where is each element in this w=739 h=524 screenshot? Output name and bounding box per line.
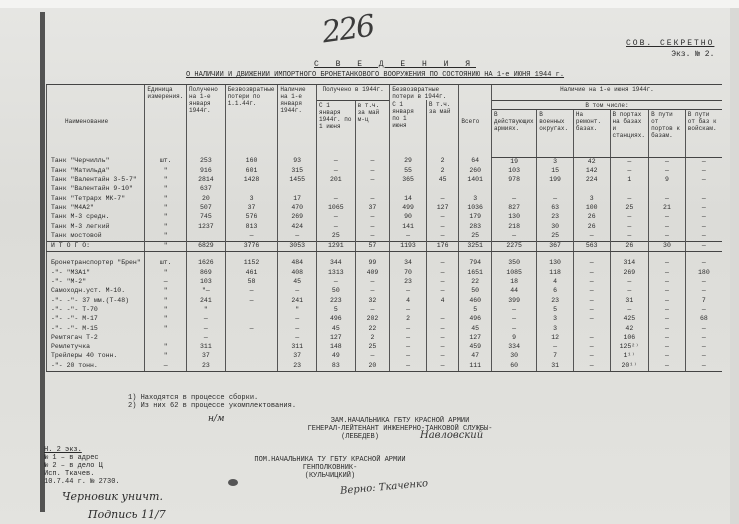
cell-c10: 63 (537, 204, 574, 213)
header-recv-may: в т.ч. за май м-ц (355, 100, 390, 157)
cell-c5: — (355, 306, 390, 315)
table-row: Бронетранспортер "Брен"шт.16261152484344… (47, 259, 723, 268)
cell-c9: 19 (491, 157, 536, 167)
cell-c11: — (573, 362, 610, 372)
table-row: Ремлетучка"31131114825——459334——125²⁾—— (47, 343, 723, 352)
row-name: Танк М-3 легкий (47, 223, 145, 232)
cell-c10: 118 (537, 269, 574, 278)
spacer-cell (459, 252, 492, 260)
cell-c1: "— (187, 287, 226, 296)
cell-c5: — (355, 278, 390, 287)
cell-c10: 3 (537, 315, 574, 324)
cell-c11: 224 (573, 176, 610, 185)
cell-c10: 6 (537, 287, 574, 296)
table-row: Танк "Тетрарх МК-7""20317——14—3——3——— (47, 195, 723, 204)
deputy-title-2: ГЕНЕРАЛ-ЛЕЙТЕНАНТ ИНЖЕНЕРНО-ТАНКОВОЙ СЛУ… (250, 425, 550, 433)
cell-c7: — (426, 223, 459, 232)
header-in-reserve: В военных округах. (537, 109, 574, 157)
cell-c3: 470 (278, 204, 317, 213)
cell-c7: — (426, 232, 459, 242)
cell-c14: — (685, 325, 722, 334)
cell-c2: 461 (225, 269, 278, 278)
cell-c8: 1036 (459, 204, 492, 213)
cell-c4: 49 (317, 352, 356, 361)
table-row: -"- -"- М-15"———4522——45—342—— (47, 325, 723, 334)
row-unit: " (145, 242, 187, 252)
table-row: Танк мостовой"——25———25—25———— (47, 232, 723, 242)
cell-c2: 601 (225, 167, 278, 176)
cell-c7 (426, 306, 459, 315)
cell-c3: — (278, 287, 317, 296)
cell-c8: 3251 (459, 242, 492, 252)
cell-c7: 2 (426, 157, 459, 167)
classification-label: СОВ. СЕКРЕТНО (626, 38, 714, 49)
cell-c4: 1065 (317, 204, 356, 213)
cell-c5: 2 (355, 334, 390, 343)
cell-c11: 42 (573, 157, 610, 167)
cell-c14: — (685, 306, 722, 315)
cell-c7: — (426, 278, 459, 287)
cell-c8: 111 (459, 362, 492, 372)
cell-c4: 127 (317, 334, 356, 343)
cell-c2: — (225, 325, 278, 334)
row-spacer (47, 252, 723, 260)
cell-c10: 199 (537, 176, 574, 185)
cell-c13: — (649, 287, 686, 296)
cell-c3: — (278, 325, 317, 334)
row-name: Танк "Тетрарх МК-7" (47, 195, 145, 204)
cell-c14: — (685, 343, 722, 352)
cell-c2: 1428 (225, 176, 278, 185)
cell-c3: 17 (278, 195, 317, 204)
cell-c12: — (610, 195, 649, 204)
assistant-title-1: ПОМ.НАЧАЛЬНИКА ТУ ГБТУ КРАСНОЙ АРМИИ (230, 456, 430, 464)
cell-c5: 202 (355, 315, 390, 324)
spacer-cell (278, 252, 317, 260)
row-name: -"- -"- 37 мм.(Т-48) (47, 297, 145, 306)
distribution-block: Н. 2 экз. № 1 – в адрес № 2 – в дело Ц И… (44, 446, 120, 486)
cell-c4: 45 (317, 325, 356, 334)
cell-c12: 25 (610, 204, 649, 213)
cell-c3: 37 (278, 352, 317, 361)
cell-c10: 5 (537, 306, 574, 315)
cell-c3: 23 (278, 362, 317, 372)
row-unit: " (145, 213, 187, 222)
cell-c8: 127 (459, 334, 492, 343)
cell-c13: — (649, 297, 686, 306)
cell-c11: — (573, 315, 610, 324)
cell-c9: 1085 (491, 269, 536, 278)
row-unit: шт. (145, 157, 187, 167)
cell-c8: 5 (459, 306, 492, 315)
cell-c4: 5 (317, 306, 356, 315)
cell-c6: — (390, 306, 427, 315)
cell-c13: — (649, 306, 686, 315)
table-row: Ремтягач Т-2——1272——127912—106—— (47, 334, 723, 343)
row-unit: " (145, 204, 187, 213)
row-unit (145, 334, 187, 343)
table-row: -"- "М3А1""869461408131340970—1651108511… (47, 269, 723, 278)
table-row: Самоходн.уст. М-10.""———50———50446———— (47, 287, 723, 296)
spacer-cell (426, 252, 459, 260)
cell-c3: 241 (278, 297, 317, 306)
cell-c2 (225, 362, 278, 372)
cell-c7: — (426, 343, 459, 352)
header-recv-jan-jun: С 1 января 1944г. по 1 июня (317, 100, 356, 157)
spacer-cell (187, 252, 226, 260)
cell-c2: — (225, 232, 278, 242)
handwritten-note-draft: Черновик уничт. (62, 490, 163, 503)
table-row: Танк "Черчилль"шт.25316093——2926419342——… (47, 157, 723, 167)
cell-c12: 1¹⁾ (610, 352, 649, 361)
cell-c12: 31 (610, 297, 649, 306)
cell-c4: 223 (317, 297, 356, 306)
cell-c6: — (390, 287, 427, 296)
cell-c3: — (278, 232, 317, 242)
cell-c4: 148 (317, 343, 356, 352)
cell-c7: — (426, 315, 459, 324)
cell-c5: — (355, 213, 390, 222)
cell-c3: " (278, 306, 317, 315)
cell-c11: — (573, 306, 610, 315)
cell-c6: 23 (390, 278, 427, 287)
assistant-name: (КУЛЬЧИЦКИЙ) (230, 472, 430, 480)
cell-c1: — (187, 315, 226, 324)
cell-c12: — (610, 232, 649, 242)
cell-c10: — (537, 195, 574, 204)
cell-c2: — (225, 297, 278, 306)
cell-c11: — (573, 352, 610, 361)
row-name: Трейлеры 40 тонн. (47, 352, 145, 361)
cell-c5: 32 (355, 297, 390, 306)
table-row: Трейлеры 40 тонн."373749———47307—1¹⁾—— (47, 352, 723, 361)
cell-c9: 399 (491, 297, 536, 306)
cell-c7: — (426, 213, 459, 222)
cell-c11: — (573, 297, 610, 306)
table-row: -"- -"- М-17"——4962022—496—3—425—68 (47, 315, 723, 324)
cell-c7: — (426, 269, 459, 278)
cell-c4: — (317, 167, 356, 176)
cell-c8: 496 (459, 315, 492, 324)
cell-c14: — (685, 195, 722, 204)
cell-c10: 130 (537, 259, 574, 268)
cell-c2 (225, 306, 278, 315)
cell-c12: — (610, 167, 649, 176)
cell-c14: — (685, 176, 722, 185)
cell-c14: — (685, 232, 722, 242)
cell-c6: 499 (390, 204, 427, 213)
cell-c13: — (649, 352, 686, 361)
cell-c12: 125²⁾ (610, 343, 649, 352)
cell-c5: 409 (355, 269, 390, 278)
cell-c8: 1651 (459, 269, 492, 278)
cell-c14: — (685, 278, 722, 287)
cell-c9: 18 (491, 278, 536, 287)
cell-c13: — (649, 195, 686, 204)
cell-c3: 315 (278, 167, 317, 176)
cell-c13: 30 (649, 242, 686, 252)
cell-c8: 1401 (459, 176, 492, 185)
cell-c1: 507 (187, 204, 226, 213)
row-unit: " (145, 167, 187, 176)
deputy-title-1: ЗАМ.НАЧАЛЬНИКА ГБТУ КРАСНОЙ АРМИИ (250, 417, 550, 425)
cell-c2: 1152 (225, 259, 278, 268)
cell-c2: 58 (225, 278, 278, 287)
cell-c4: 50 (317, 287, 356, 296)
row-name: Ремтягач Т-2 (47, 334, 145, 343)
cell-c1: 1626 (187, 259, 226, 268)
cell-c14: 180 (685, 269, 722, 278)
row-name: Танк "М4А2" (47, 204, 145, 213)
spacer-cell (649, 252, 686, 260)
cell-c14: — (685, 242, 722, 252)
cell-c9: 334 (491, 343, 536, 352)
cell-c12: 106 (610, 334, 649, 343)
cell-c11: — (573, 343, 610, 352)
cell-c3: 269 (278, 213, 317, 222)
deputy-handwritten-signature: Навловский (420, 430, 483, 441)
cell-c4: 1291 (317, 242, 356, 252)
cell-c8: 50 (459, 287, 492, 296)
row-name: Танк "Матильда" (47, 167, 145, 176)
copies-count: Н. 2 экз. (44, 446, 120, 454)
cell-c11: — (573, 287, 610, 296)
spacer-cell (355, 252, 390, 260)
cell-c3: 311 (278, 343, 317, 352)
cell-c6: 29 (390, 157, 427, 167)
ink-blot (228, 479, 238, 486)
cell-c1: 37 (187, 352, 226, 361)
cell-c2: — (225, 287, 278, 296)
cell-c6: 1193 (390, 242, 427, 252)
row-name: Танк мостовой (47, 232, 145, 242)
cell-c8: 794 (459, 259, 492, 268)
cell-c13: — (649, 325, 686, 334)
cell-c11 (573, 185, 610, 194)
cell-c4: 25 (317, 232, 356, 242)
table-row: -"- -"- Т-70"""5——5—5———— (47, 306, 723, 315)
row-name: Бронетранспортер "Брен" (47, 259, 145, 268)
cell-c6: 90 (390, 213, 427, 222)
cell-c7 (426, 185, 459, 194)
row-unit: " (145, 343, 187, 352)
copy-number: Экз. № 2. (626, 49, 714, 60)
cell-c8: 3 (459, 195, 492, 204)
cell-c12: — (610, 278, 649, 287)
cell-c11: 563 (573, 242, 610, 252)
cell-c12: 269 (610, 269, 649, 278)
cell-c5: — (355, 176, 390, 185)
row-name: -"- -"- Т-70 (47, 306, 145, 315)
table-row: -"- -"- 37 мм.(Т-48)"241—241223324446039… (47, 297, 723, 306)
cell-c5: 37 (355, 204, 390, 213)
cell-c14: 7 (685, 297, 722, 306)
cell-c6: — (390, 352, 427, 361)
cell-c14: — (685, 157, 722, 167)
cell-c6: — (390, 343, 427, 352)
spacer-cell (47, 252, 145, 260)
cell-c13: — (649, 213, 686, 222)
cell-c4: — (317, 213, 356, 222)
cell-c4: 1313 (317, 269, 356, 278)
table-row: Танк "Матильда""916601315——5522601031514… (47, 167, 723, 176)
cell-c1: 311 (187, 343, 226, 352)
cell-c5: — (355, 287, 390, 296)
date-reference: 10.7.44 г. № 2730. (44, 478, 120, 486)
cell-c14: — (685, 213, 722, 222)
cell-c2 (225, 315, 278, 324)
cell-c10: 7 (537, 352, 574, 361)
cell-c6: 70 (390, 269, 427, 278)
row-unit: " (145, 352, 187, 361)
cell-c12: 26 (610, 242, 649, 252)
cell-c1: 20 (187, 195, 226, 204)
cell-c1: 637 (187, 185, 226, 194)
cell-c12: — (610, 287, 649, 296)
cell-c5: — (355, 223, 390, 232)
row-unit: " (145, 315, 187, 324)
row-unit: " (145, 223, 187, 232)
table-row: Танк "М4А2""5073747010653749912710368276… (47, 204, 723, 213)
cell-c8: 45 (459, 325, 492, 334)
cell-c11: 142 (573, 167, 610, 176)
cell-c9: — (491, 315, 536, 324)
cell-c12 (610, 185, 649, 194)
cell-c11: — (573, 232, 610, 242)
row-name: И Т О Г О: (47, 242, 145, 252)
cell-c4: — (317, 157, 356, 167)
cell-c4: 496 (317, 315, 356, 324)
cell-c6: — (390, 325, 427, 334)
cell-c14: 68 (685, 315, 722, 324)
cell-c7: 2 (426, 167, 459, 176)
cell-c1: " (187, 306, 226, 315)
handwritten-note-signature: Подпись 11/7 (88, 508, 166, 521)
cell-c3: 408 (278, 269, 317, 278)
spacer-cell (225, 252, 278, 260)
cell-c8: 179 (459, 213, 492, 222)
table-row: Танк "Валентайн 9-10""637 (47, 185, 723, 194)
cell-c9 (491, 185, 536, 194)
footnote-2: 2) Из них 62 в процессе укомплектования. (128, 402, 296, 410)
cell-c11: — (573, 334, 610, 343)
cell-c6 (390, 185, 427, 194)
cell-c7: 127 (426, 204, 459, 213)
row-unit: " (145, 269, 187, 278)
cell-c8: 22 (459, 278, 492, 287)
cell-c7: — (426, 195, 459, 204)
row-unit: " (145, 287, 187, 296)
header-loss-may: В т.ч. за май (426, 100, 459, 157)
cell-c11: — (573, 269, 610, 278)
cell-c13 (649, 185, 686, 194)
cell-c8: 460 (459, 297, 492, 306)
footnote-1: 1) Находятся в процессе сборки. (128, 394, 296, 402)
cell-c13: — (649, 157, 686, 167)
cell-c14: — (685, 287, 722, 296)
header-loss-jan-jun: С 1 января по 1 июня (390, 100, 427, 157)
cell-c11: 26 (573, 213, 610, 222)
cell-c13: — (649, 232, 686, 242)
cell-c3: 484 (278, 259, 317, 268)
cell-c11: 3 (573, 195, 610, 204)
row-unit: " (145, 325, 187, 334)
cell-c10: 3 (537, 157, 574, 167)
cell-c1: 241 (187, 297, 226, 306)
cell-c9: — (491, 195, 536, 204)
cell-c5 (355, 185, 390, 194)
header-unit: Единица измерения. (145, 85, 187, 158)
cell-c1: 745 (187, 213, 226, 222)
row-unit: " (145, 185, 187, 194)
cell-c3 (278, 185, 317, 194)
cell-c10 (537, 185, 574, 194)
cell-c8: 459 (459, 343, 492, 352)
header-in-army: В действующих армиях. (491, 109, 536, 157)
cell-c8: 283 (459, 223, 492, 232)
cell-c9: 9 (491, 334, 536, 343)
cell-c9: — (491, 232, 536, 242)
cell-c9: — (491, 306, 536, 315)
row-unit: " (145, 232, 187, 242)
initials-mark: н/м (208, 414, 224, 424)
header-in-repair: На ремонт. базах. (573, 109, 610, 157)
cell-c1: 103 (187, 278, 226, 287)
scan-top-edge (0, 0, 739, 8)
cell-c14 (685, 185, 722, 194)
cell-c11: — (573, 259, 610, 268)
cell-c11: 26 (573, 223, 610, 232)
cell-c3: 93 (278, 157, 317, 167)
cell-c3: 3053 (278, 242, 317, 252)
cell-c10: 12 (537, 334, 574, 343)
row-name: Танк "Валентайн 3-5-7" (47, 176, 145, 185)
cell-c2: 160 (225, 157, 278, 167)
row-name: -"- 20 тонн. (47, 362, 145, 372)
cell-c13: — (649, 259, 686, 268)
cell-c7: — (426, 259, 459, 268)
header-received-to-jan: Получено на 1-е января 1944г. (187, 85, 226, 158)
row-name: Танк "Валентайн 9-10" (47, 185, 145, 194)
cell-c7: — (426, 325, 459, 334)
header-written-off: Безвозвратные потери по 1.1.44г. (225, 85, 278, 158)
cell-c9: 60 (491, 362, 536, 372)
cell-c3: 1455 (278, 176, 317, 185)
cell-c12: 20¹⁾ (610, 362, 649, 372)
cell-c5: 25 (355, 343, 390, 352)
cell-c10: 15 (537, 167, 574, 176)
cell-c10: 31 (537, 362, 574, 372)
cell-c6: — (390, 232, 427, 242)
row-unit: " (145, 195, 187, 204)
row-name: Самоходн.уст. М-10. (47, 287, 145, 296)
other-vehicles-section: Бронетранспортер "Брен"шт.16261152484344… (47, 252, 723, 372)
cell-c14: — (685, 334, 722, 343)
cell-c4: — (317, 223, 356, 232)
cell-c6: 365 (390, 176, 427, 185)
document-title: С В Е Д Е Н И Я (150, 60, 600, 70)
cell-c14: — (685, 352, 722, 361)
armament-table: Наименование Единица измерения. Получено… (46, 84, 722, 372)
cell-c13: — (649, 334, 686, 343)
spacer-cell (610, 252, 649, 260)
cell-c1 (187, 232, 226, 242)
cell-c9: 827 (491, 204, 536, 213)
spacer-cell (145, 252, 187, 260)
copy-1-line: № 1 – в адрес (44, 454, 120, 462)
cell-c9: 350 (491, 259, 536, 268)
cell-c8: 47 (459, 352, 492, 361)
